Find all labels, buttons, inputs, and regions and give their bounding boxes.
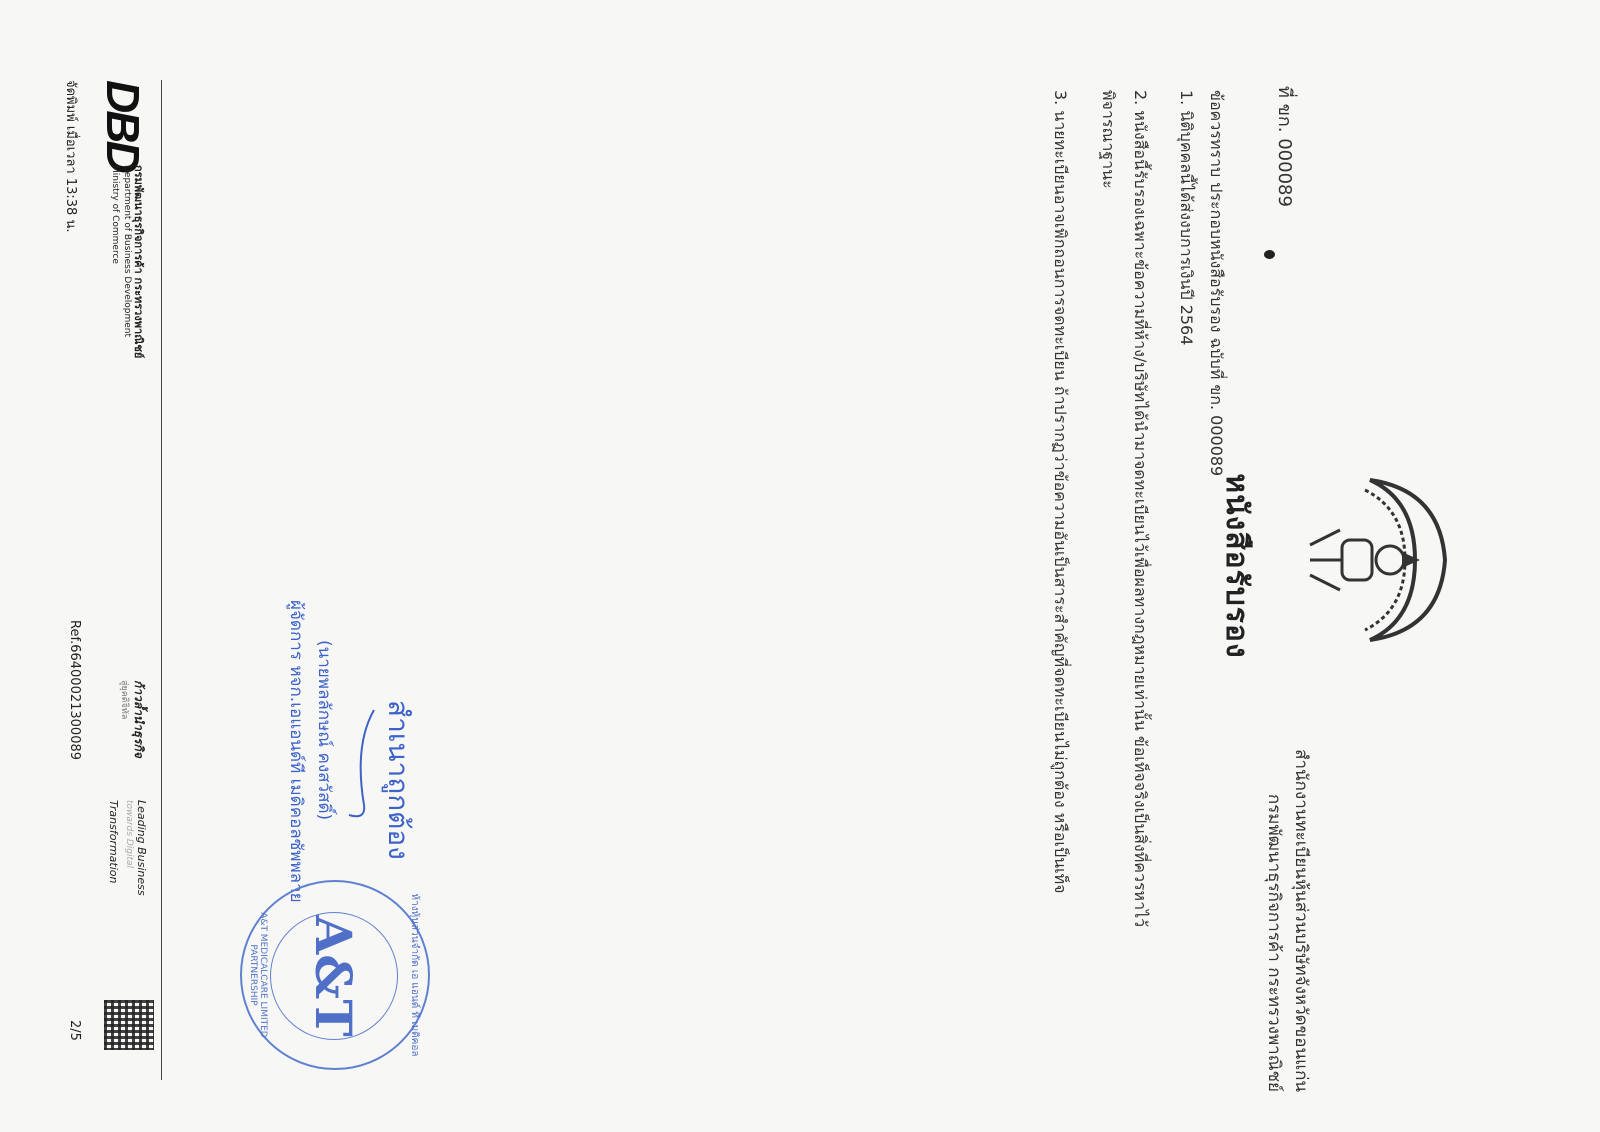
reference-number: Ref.66400021300089	[67, 620, 82, 760]
footer-divider	[161, 80, 162, 1080]
slogan-th-2: สู่ยุคดิจิทัล	[118, 680, 132, 719]
remark-item-2: 2. หนังสือนี้รับรองเฉพาะข้อความที่ห้าง/บ…	[1127, 90, 1152, 927]
slogan-en-3: Transformation	[107, 800, 120, 883]
document-number: ที่ ขก. 000089	[1271, 86, 1300, 207]
ministry-en: Ministry of Commerce	[110, 165, 120, 264]
garuda-emblem-icon	[1300, 470, 1460, 650]
stamp-center-text: A&T	[270, 912, 398, 1040]
remark-item-3: 3. นายทะเบียนอาจเพิกถอนการจดทะเบียน ถ้าป…	[1047, 90, 1072, 894]
department-th: กรมพัฒนาธุรกิจการค้า กระทรวงพาณิชย์	[130, 165, 148, 358]
stamp-top-text: ห้างหุ้นส่วนจำกัด เอ แอนด์ ที เมดิคอล	[407, 882, 422, 1068]
signer-title: ผู้จัดการ หจก.เอแอนด์ที เมดิคอลซัพพลาย	[283, 600, 310, 903]
department-name: กรมพัฒนาธุรกิจการค้า กระทรวงพาณิชย์	[1261, 794, 1288, 1092]
remarks-intro: ข้อควรทราบ ประกอบหนังสือรับรอง ฉบับที่ ข…	[1203, 90, 1228, 476]
office-name: สำนักงานทะเบียนหุ้นส่วนบริษัทจังหวัดขอนแ…	[1288, 749, 1315, 1092]
remark-item-2-cont: พิจารณาฐานะ	[1095, 90, 1120, 189]
signature-icon	[334, 705, 384, 825]
slogan-en-1: Leading Business	[135, 800, 148, 896]
printed-time: จัดพิมพ์ เมื่อเวลา 13:38 น.	[61, 80, 82, 232]
slogan-en-2: towards Digital	[124, 800, 134, 868]
dbd-logo: DBD	[96, 80, 150, 171]
remark-item-1: 1. นิติบุคคลนี้ได้ส่งงบการเงินปี 2564	[1173, 90, 1198, 345]
department-en: Department of Business Development	[122, 165, 132, 337]
company-stamp: ห้างหุ้นส่วนจำกัด เอ แอนด์ ที เมดิคอล A&…	[240, 880, 430, 1070]
stamp-bottom-text: A&T MEDICALCARE LIMITED PARTNERSHIP	[248, 882, 268, 1068]
qr-code-icon	[104, 1000, 154, 1050]
page-number: 2/5	[67, 1020, 82, 1041]
ink-mark	[1264, 250, 1275, 259]
signer-name: (นายพลลักษณ์ คงสวัสดิ์)	[311, 640, 338, 820]
certificate-page: สำนักงานทะเบียนหุ้นส่วนบริษัทจังหวัดขอนแ…	[0, 0, 1600, 1132]
